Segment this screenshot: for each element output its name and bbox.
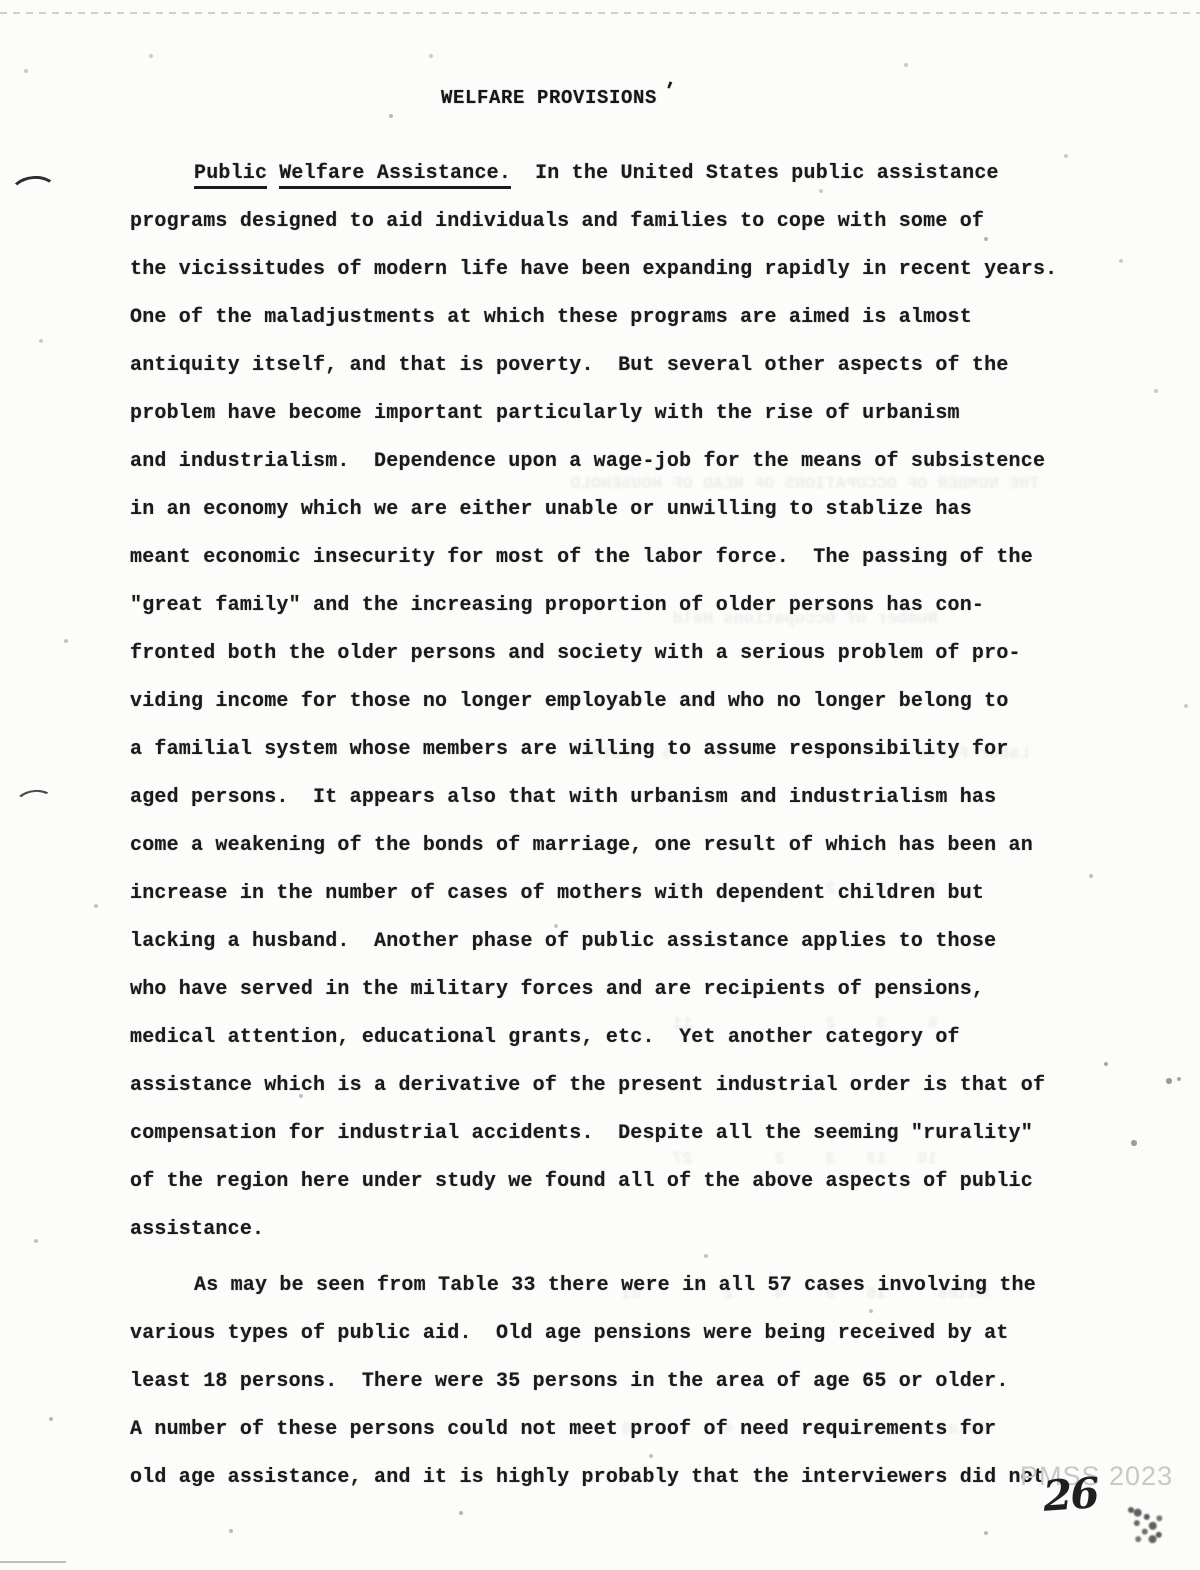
stray-pen-mark: ′ xyxy=(657,79,678,105)
section-heading-underlined: Public xyxy=(194,162,267,189)
text-line: One of the maladjustments at which these… xyxy=(130,294,1070,342)
text-line: assistance. xyxy=(130,1206,1070,1254)
text-line: viding income for those no longer employ… xyxy=(130,678,1070,726)
text-line: As may be seen from Table 33 there were … xyxy=(130,1262,1070,1310)
text-line: PublicWelfare Assistance.In the United S… xyxy=(130,150,1070,198)
text-line: and industrialism. Dependence upon a wag… xyxy=(130,438,1070,486)
text-line: increase in the number of cases of mothe… xyxy=(130,870,1070,918)
ink-smudge xyxy=(1127,1506,1134,1513)
text-line: assistance which is a derivative of the … xyxy=(130,1062,1070,1110)
text-line: fronted both the older persons and socie… xyxy=(130,630,1070,678)
text-line: A number of these persons could not meet… xyxy=(130,1406,1070,1454)
text-line: of the region here under study we found … xyxy=(130,1158,1070,1206)
text-line: aged persons. It appears also that with … xyxy=(130,774,1070,822)
text-line: lacking a husband. Another phase of publ… xyxy=(130,918,1070,966)
binding-arc-mark xyxy=(12,788,57,822)
scan-bottom-edge-artifact xyxy=(0,1561,66,1563)
section-heading-underlined: Welfare Assistance. xyxy=(279,162,511,189)
scan-edge-artifact xyxy=(0,12,1200,14)
text-line: least 18 persons. There were 35 persons … xyxy=(130,1358,1070,1406)
paragraph: As may be seen from Table 33 there were … xyxy=(130,1262,1070,1502)
binding-arc-mark xyxy=(9,174,60,212)
text-line: who have served in the military forces a… xyxy=(130,966,1070,1014)
scan-speckle-noise xyxy=(0,0,2,2)
text-line: medical attention, educational grants, e… xyxy=(130,1014,1070,1062)
text-run: In the United States public assistance xyxy=(535,162,999,185)
page-title-text: WELFARE PROVISIONS xyxy=(441,87,657,109)
handwritten-page-number: 26 xyxy=(1041,1468,1099,1521)
text-line: "great family" and the increasing propor… xyxy=(130,582,1070,630)
text-line: problem have become important particular… xyxy=(130,390,1070,438)
text-line: the vicissitudes of modern life have bee… xyxy=(130,246,1070,294)
text-line: come a weakening of the bonds of marriag… xyxy=(130,822,1070,870)
text-line: compensation for industrial accidents. D… xyxy=(130,1110,1070,1158)
text-line: programs designed to aid individuals and… xyxy=(130,198,1070,246)
text-line: old age assistance, and it is highly pro… xyxy=(130,1454,1070,1502)
text-line: antiquity itself, and that is poverty. B… xyxy=(130,342,1070,390)
document-body: PublicWelfare Assistance.In the United S… xyxy=(130,150,1070,1502)
text-line: in an economy which we are either unable… xyxy=(130,486,1070,534)
text-line: meant economic insecurity for most of th… xyxy=(130,534,1070,582)
text-line: various types of public aid. Old age pen… xyxy=(130,1310,1070,1358)
page-title: WELFARE PROVISIONS′ xyxy=(441,87,671,110)
scanned-document-page: THE NUMBER OF OCCUPATIONS OF HEAD OF HOU… xyxy=(0,0,1200,1570)
text-line: a familial system whose members are will… xyxy=(130,726,1070,774)
